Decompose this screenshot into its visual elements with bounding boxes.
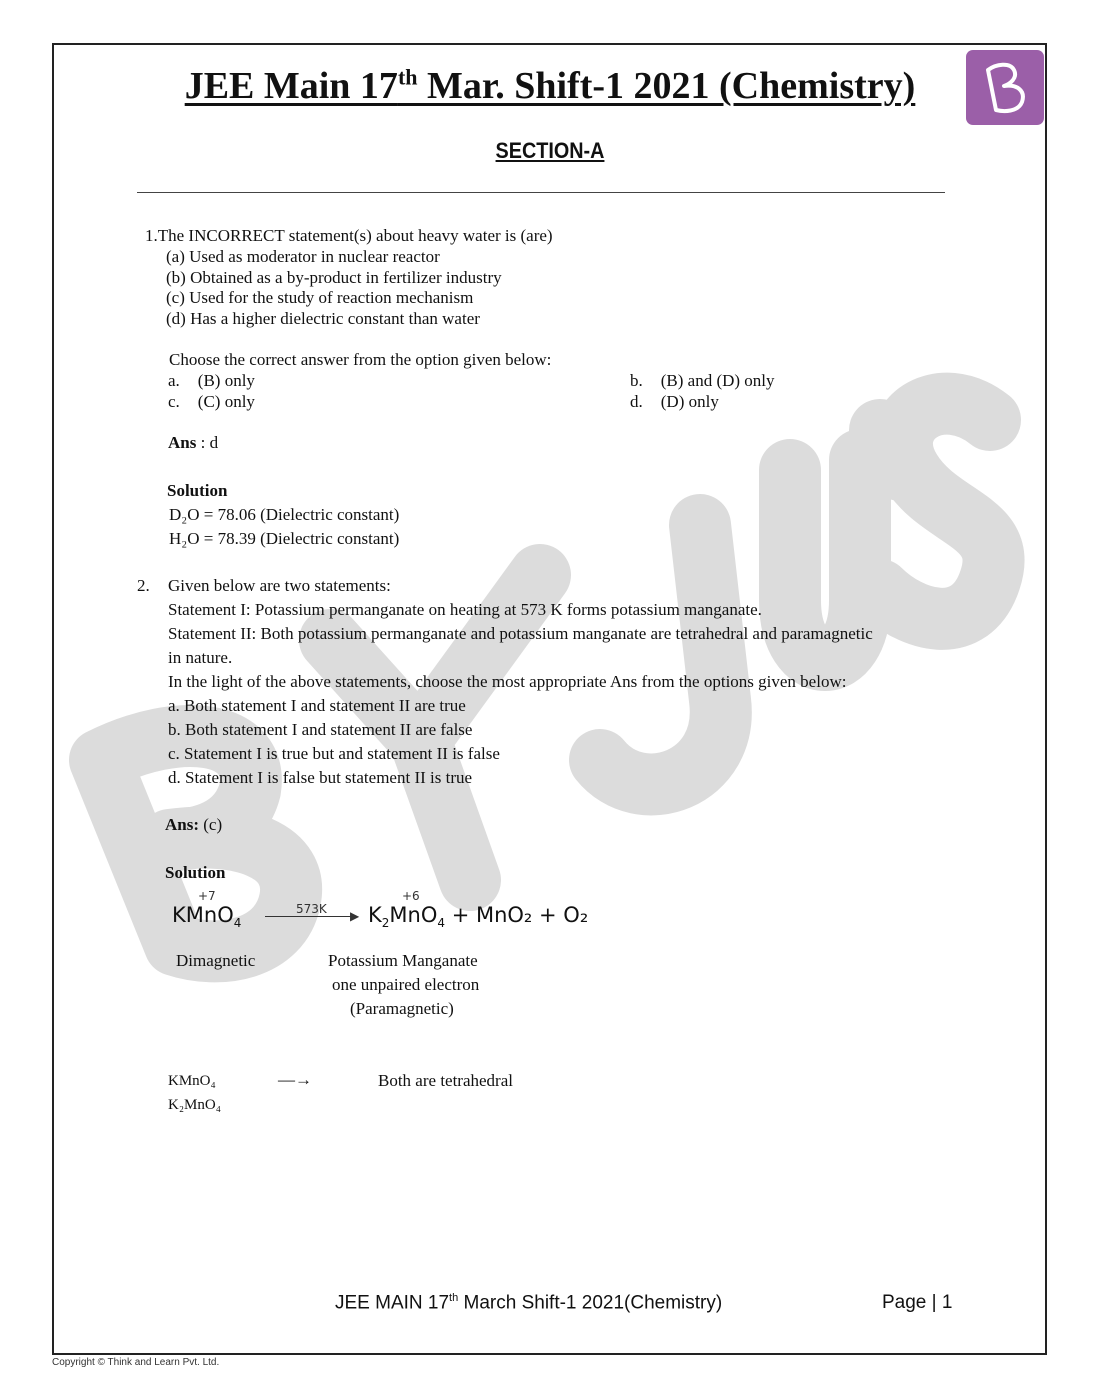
b-logo-icon [966,50,1044,125]
geometry-compound: K₂MnO₄ [168,1095,221,1115]
q2-line: Given below are two statements: [168,576,391,596]
q1-option-c: c.(C) only [168,392,255,412]
q2-solution-label: Solution [165,863,225,883]
q1-option-a: a.(B) only [168,371,255,391]
q1-instruction: Choose the correct answer from the optio… [169,350,551,370]
q1-statement: (d) Has a higher dielectric constant tha… [166,309,480,329]
product-note: one unpaired electron [332,975,479,995]
arrow-head-icon: ▶ [350,909,359,923]
oxidation-state-product: +6 [402,889,420,903]
q1-solution-line: D₂O = 78.06 (Dielectric constant) [169,505,399,525]
q2-statement-1: Statement I: Potassium permanganate on h… [168,600,762,620]
q1-statement: (c) Used for the study of reaction mecha… [166,288,473,308]
oxidation-state-reactant: +7 [198,889,216,903]
q1-solution-label: Solution [167,481,227,501]
q2-instruction: In the light of the above statements, ch… [168,672,846,692]
q1-stem: 1.The INCORRECT statement(s) about heavy… [145,226,553,246]
copyright: Copyright © Think and Learn Pvt. Ltd. [52,1357,219,1368]
q2-option-a: a. Both statement I and statement II are… [168,696,466,716]
reaction-products: K2MnO4 + MnO₂ + O₂ [368,903,588,930]
product-note: (Paramagnetic) [350,999,454,1019]
reactant-note: Dimagnetic [176,951,255,971]
q2-line: in nature. [168,648,232,668]
q1-option-b: b.(B) and (D) only [630,371,775,391]
q1-statement: (b) Obtained as a by-product in fertiliz… [166,268,502,288]
q2-option-d: d. Statement I is false but statement II… [168,768,472,788]
q1-statement: (a) Used as moderator in nuclear reactor [166,247,440,267]
geometry-compound: KMnO₄ [168,1071,216,1091]
q2-option-c: c. Statement I is true but and statement… [168,744,500,764]
reaction-condition: 573K [296,902,327,916]
product-note: Potassium Manganate [328,951,478,971]
q2-option-b: b. Both statement I and statement II are… [168,720,472,740]
q1-answer: Ans : d [168,433,218,453]
q1-option-d: d.(D) only [630,392,719,412]
reaction-reactant: KMnO4 [172,903,241,930]
q2-statement-2: Statement II: Both potassium permanganat… [168,624,873,644]
page-title: JEE Main 17th Mar. Shift-1 2021 (Chemist… [0,64,1100,108]
geometry-arrow: —→ [278,1070,312,1090]
divider [137,192,945,193]
page-number: Page | 1 [882,1292,952,1314]
q2-answer: Ans: (c) [165,815,222,835]
section-heading: SECTION-A [55,138,1045,164]
q2-number: 2. [137,576,150,596]
byjus-logo [966,50,1044,125]
reaction-arrow [265,916,353,917]
geometry-note: Both are tetrahedral [378,1071,513,1091]
q1-solution-line: H₂O = 78.39 (Dielectric constant) [169,529,399,549]
footer-title: JEE MAIN 17th March Shift-1 2021(Chemist… [335,1292,722,1314]
